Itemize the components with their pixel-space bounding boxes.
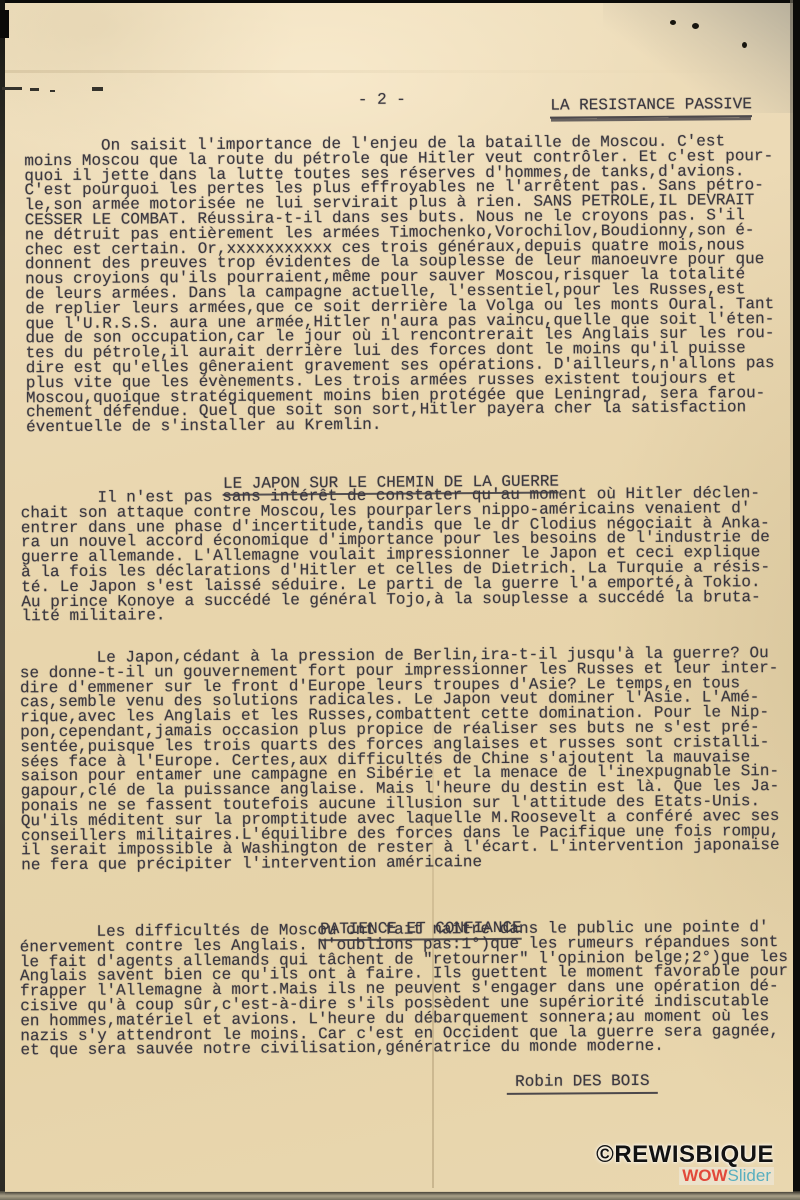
page-number: - 2 -: [358, 93, 406, 108]
signature-text: Robin DES BOIS: [507, 1072, 658, 1095]
japon-paragraph-1: Il n'est pas sans intérêt de constater q…: [21, 486, 771, 624]
running-title: LA RESISTANCE PASSIVE: [512, 82, 752, 128]
watermark-site: ©REWISBIQUE: [596, 1143, 774, 1167]
signature: Robin DES BOIS: [469, 1059, 658, 1105]
document-page: LA RESISTANCE PASSIVE - 2 - On saisit l'…: [0, 0, 800, 1200]
watermark: ©REWISBIQUE WOWSlider: [596, 1143, 774, 1186]
japon-paragraph-2: Le Japon,cédant à la pression de Berlin,…: [20, 646, 780, 873]
watermark-wow: WOW: [682, 1166, 727, 1185]
intro-paragraph: On saisit l'importance de l'enjeu de la …: [24, 134, 775, 435]
watermark-slider: Slider: [728, 1166, 771, 1185]
patience-paragraph: Les difficultés de Moscou ont fait naîtr…: [20, 920, 789, 1059]
watermark-brand: WOWSlider: [679, 1167, 774, 1185]
running-title-text: LA RESISTANCE PASSIVE: [550, 95, 752, 118]
